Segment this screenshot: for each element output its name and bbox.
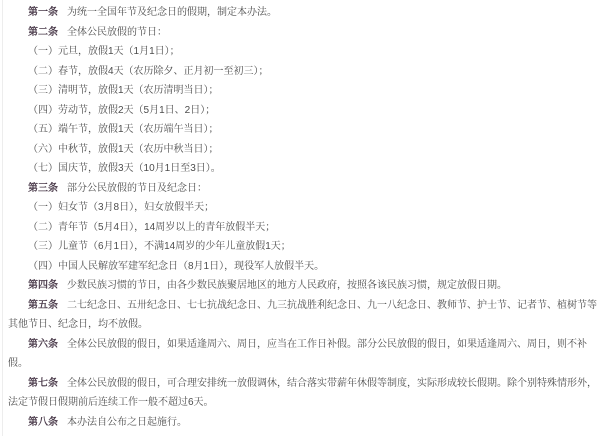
article-paragraph: （一）元旦，放假1天（1月1日）； [8, 42, 598, 62]
article-text: （二）青年节（5月4日），14周岁以上的青年放假半天； [28, 222, 275, 233]
article-text: （四）中国人民解放军建军纪念日（8月1日），现役军人放假半天。 [28, 261, 324, 272]
article-number: 第六条 [28, 339, 58, 350]
article-paragraph: 第一条为统一全国年节及纪念日的假期，制定本办法。 [8, 3, 598, 23]
article-paragraph: （二）春节，放假4天（农历除夕、正月初一至初三）； [8, 62, 598, 82]
article-paragraph: 第三条部分公民放假的节日及纪念日： [8, 179, 598, 199]
article-text: 少数民族习惯的节日，由各少数民族聚居地区的地方人民政府，按照各该民族习惯，规定放… [67, 280, 507, 291]
article-text: 全体公民放假的节日： [67, 27, 167, 38]
article-text: 全体公民放假的假日，如果适逢周六、周日，应当在工作日补假。部分公民放假的假日，如… [8, 339, 587, 370]
article-text: （七）国庆节，放假3天（10月1日至3日）。 [28, 163, 221, 174]
article-paragraph: 第二条全体公民放假的节日： [8, 23, 598, 43]
article-paragraph: （七）国庆节，放假3天（10月1日至3日）。 [8, 159, 598, 179]
article-number: 第八条 [28, 417, 58, 428]
article-text: （六）中秋节，放假1天（农历中秋当日）； [28, 144, 219, 155]
article-number: 第五条 [28, 300, 58, 311]
article-text: （一）元旦，放假1天（1月1日）； [28, 46, 180, 57]
article-text: （五）端午节，放假1天（农历端午当日）； [28, 124, 219, 135]
article-text: 二七纪念日、五卅纪念日、七七抗战纪念日、九三抗战胜利纪念日、九一八纪念日、教师节… [8, 300, 597, 331]
law-document: 第一条为统一全国年节及纪念日的假期，制定本办法。 第二条全体公民放假的节日： （… [0, 0, 600, 432]
article-paragraph: （三）清明节，放假1天（农历清明当日）； [8, 81, 598, 101]
article-paragraph: （五）端午节，放假1天（农历端午当日）； [8, 120, 598, 140]
article-paragraph: （三）儿童节（6月1日），不满14周岁的少年儿童放假1天； [8, 237, 598, 257]
article-text: 全体公民放假的假日，可合理安排统一放假调休，结合落实带薪年休假等制度，实际形成较… [8, 378, 597, 409]
article-paragraph: （二）青年节（5月4日），14周岁以上的青年放假半天； [8, 218, 598, 238]
article-text: （三）儿童节（6月1日），不满14周岁的少年儿童放假1天； [28, 241, 291, 252]
article-text: 部分公民放假的节日及纪念日： [67, 183, 207, 194]
article-number: 第一条 [28, 7, 58, 18]
article-text: （一）妇女节（3月8日），妇女放假半天； [28, 202, 214, 213]
article-number: 第七条 [28, 378, 58, 389]
article-paragraph: 第七条全体公民放假的假日，可合理安排统一放假调休，结合落实带薪年休假等制度，实际… [8, 374, 598, 413]
article-text: 为统一全国年节及纪念日的假期，制定本办法。 [67, 7, 277, 18]
article-text: 本办法自公布之日起施行。 [67, 417, 187, 428]
article-paragraph: （一）妇女节（3月8日），妇女放假半天； [8, 198, 598, 218]
article-text: （三）清明节，放假1天（农历清明当日）； [28, 85, 219, 96]
article-paragraph: （四）中国人民解放军建军纪念日（8月1日），现役军人放假半天。 [8, 257, 598, 277]
article-paragraph: （四）劳动节，放假2天（5月1日、2日）； [8, 101, 598, 121]
article-paragraph: 第八条本办法自公布之日起施行。 [8, 413, 598, 433]
article-number: 第三条 [28, 183, 58, 194]
article-paragraph: 第六条全体公民放假的假日，如果适逢周六、周日，应当在工作日补假。部分公民放假的假… [8, 335, 598, 374]
article-paragraph: （六）中秋节，放假1天（农历中秋当日）； [8, 140, 598, 160]
article-number: 第四条 [28, 280, 58, 291]
left-edge-divider [2, 0, 3, 436]
article-text: （四）劳动节，放假2天（5月1日、2日）； [28, 105, 215, 116]
article-text: （二）春节，放假4天（农历除夕、正月初一至初三）； [28, 66, 269, 77]
article-paragraph: 第四条少数民族习惯的节日，由各少数民族聚居地区的地方人民政府，按照各该民族习惯，… [8, 276, 598, 296]
article-paragraph: 第五条二七纪念日、五卅纪念日、七七抗战纪念日、九三抗战胜利纪念日、九一八纪念日、… [8, 296, 598, 335]
article-number: 第二条 [28, 27, 58, 38]
